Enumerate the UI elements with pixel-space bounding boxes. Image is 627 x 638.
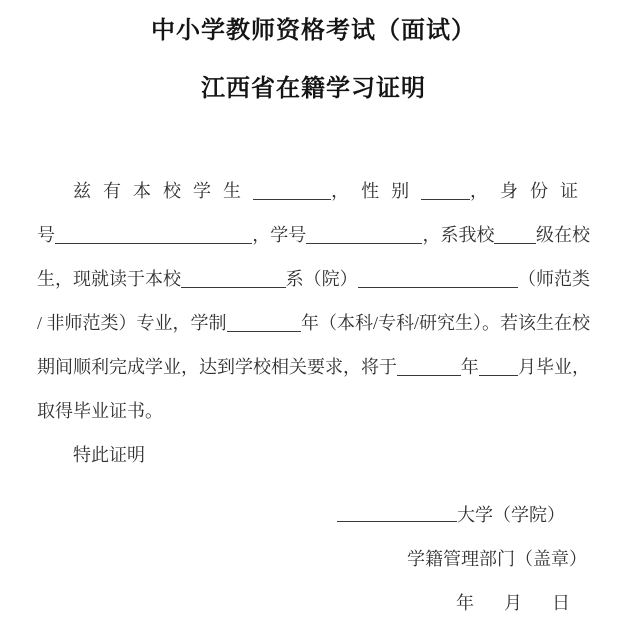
text-student-id-label: ，学号	[252, 213, 306, 257]
body-line-4: / 非师范类）专业，学制 年（本科/专科/研究生）。若该生在校	[37, 301, 590, 345]
text-university-suffix: 大学（学院）	[457, 505, 565, 525]
blank-student-name	[253, 198, 331, 200]
body-line-6: 取得毕业证书。	[37, 389, 590, 433]
signature-university-line: 大学（学院）	[37, 493, 565, 537]
text-date-year: 年	[456, 593, 474, 613]
blank-graduation-month	[479, 374, 518, 376]
certificate-body: 兹有本校学生 ，性别 ，身份证 号 ，学号 ，系我校 级在校 生，现就读于本校 …	[37, 169, 590, 477]
body-line-7: 特此证明	[37, 433, 590, 477]
blank-department	[181, 286, 286, 288]
certificate-document: 中小学教师资格考试（面试） 江西省在籍学习证明 兹有本校学生 ，性别 ，身份证 …	[0, 0, 627, 638]
blank-study-years	[227, 330, 301, 332]
text-grade-enrolled: 级在校	[536, 213, 590, 257]
text-studying-at: 生，现就读于本校	[37, 257, 181, 301]
body-line-3: 生，现就读于本校 系（院） （师范类	[37, 257, 590, 301]
blank-university-name	[337, 520, 457, 522]
text-obtain-diploma: 取得毕业证书。	[37, 389, 163, 433]
text-normal-type-open: （师范类	[518, 257, 590, 301]
blank-id-number	[55, 242, 252, 244]
body-line-5: 期间顺利完成学业，达到学校相关要求，将于 年 月毕业，	[37, 345, 590, 389]
body-line-1: 兹有本校学生 ，性别 ，身份证	[37, 169, 590, 213]
text-id-card-label: ，身份证	[470, 169, 590, 213]
text-graduation-condition: 期间顺利完成学业，达到学校相关要求，将于	[37, 345, 397, 389]
text-student-intro: 兹有本校学生	[73, 169, 253, 213]
text-registrar-seal: 学籍管理部门（盖章）	[407, 549, 587, 569]
text-id-number-suffix: 号	[37, 213, 55, 257]
blank-major	[358, 286, 518, 288]
blank-grade-year	[494, 242, 536, 244]
signature-date-line: 年月日	[37, 581, 570, 625]
text-date-day: 日	[552, 593, 570, 613]
text-degree-levels: 年（本科/专科/研究生）。若该生在校	[301, 301, 590, 345]
text-our-school-label: ，系我校	[422, 213, 494, 257]
document-title-line1: 中小学教师资格考试（面试）	[37, 18, 590, 45]
text-gender-label: ，性别	[331, 169, 421, 213]
text-year-label: 年	[461, 345, 479, 389]
signature-department-line: 学籍管理部门（盖章）	[37, 537, 587, 581]
text-month-graduate: 月毕业，	[518, 345, 590, 389]
text-hereby-certify: 特此证明	[73, 433, 145, 477]
text-date-month: 月	[504, 593, 522, 613]
text-department-label: 系（院）	[286, 257, 358, 301]
document-title-line2: 江西省在籍学习证明	[37, 76, 590, 103]
blank-gender	[421, 198, 470, 200]
blank-graduation-year	[397, 374, 461, 376]
text-major-duration-label: / 非师范类）专业，学制	[37, 301, 227, 345]
blank-student-id	[306, 242, 422, 244]
body-line-2: 号 ，学号 ，系我校 级在校	[37, 213, 590, 257]
signature-block: 大学（学院） 学籍管理部门（盖章） 年月日	[37, 493, 590, 625]
